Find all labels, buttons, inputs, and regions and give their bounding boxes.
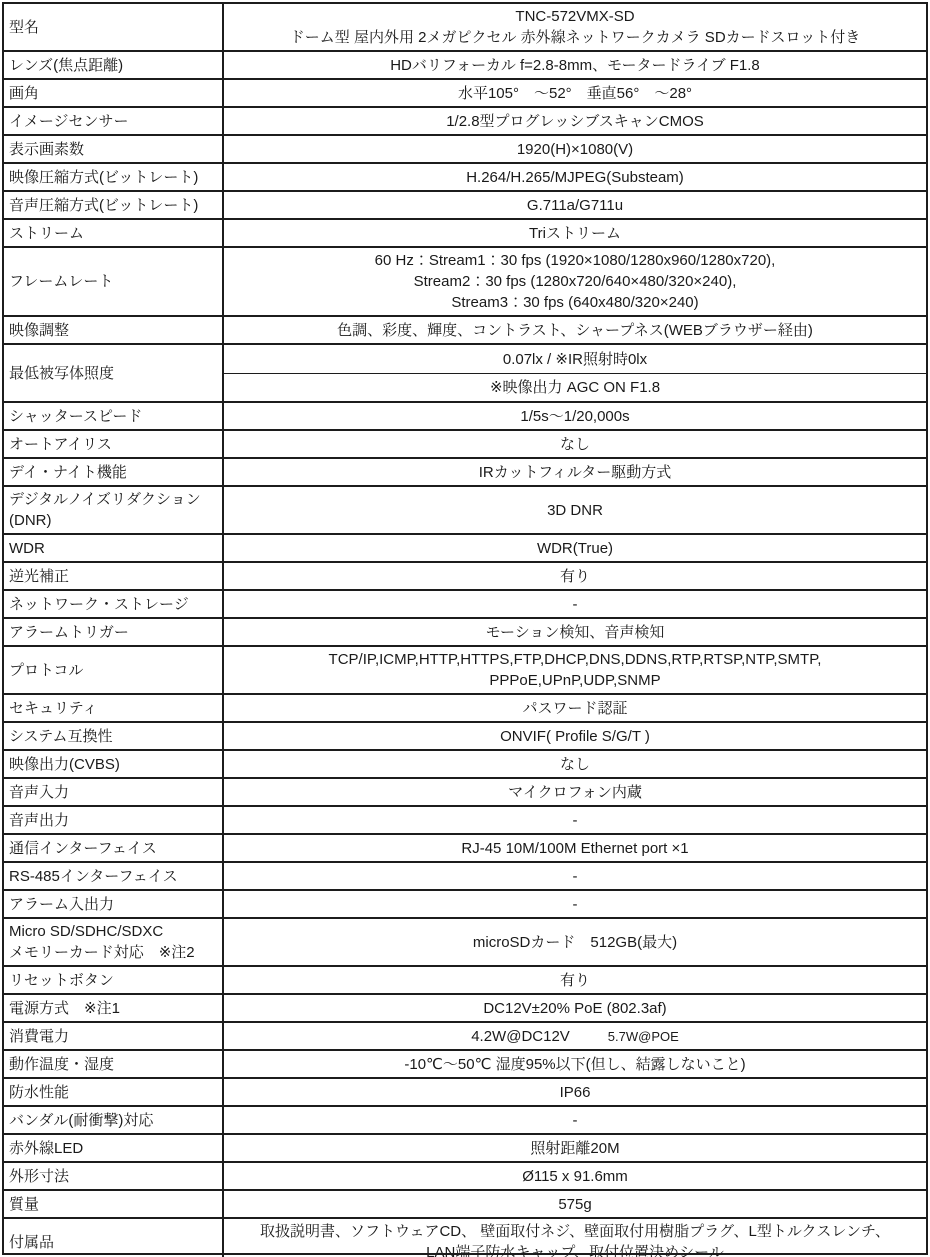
spec-value-text: -	[573, 894, 578, 915]
spec-subvalue-cell: 0.07lx / ※IR照射時0lx	[224, 345, 926, 373]
spec-value-text: 1920(H)×1080(V)	[517, 139, 633, 160]
spec-label-cell: シャッタースピード	[4, 403, 224, 429]
spec-subvalue-cell: ※映像出力 AGC ON F1.8	[224, 373, 926, 401]
spec-label-text: ストリーム	[9, 223, 84, 244]
spec-value-cell: Ø115 x 91.6mm	[224, 1163, 926, 1189]
spec-value-small: 5.7W@POE	[608, 1029, 679, 1044]
spec-value-cell: モーション検知、音声検知	[224, 619, 926, 645]
spec-label-text: 動作温度・湿度	[9, 1054, 114, 1075]
spec-value-cell: Triストリーム	[224, 220, 926, 246]
spec-label-text: メモリーカード対応 ※注2	[9, 942, 195, 963]
spec-label-cell: 音声入力	[4, 779, 224, 805]
spec-value-text: TCP/IP,ICMP,HTTP,HTTPS,FTP,DHCP,DNS,DDNS…	[329, 649, 822, 670]
table-row: デイ・ナイト機能 IRカットフィルター駆動方式	[4, 457, 926, 485]
table-row: 逆光補正 有り	[4, 561, 926, 589]
spec-value-cell: -	[224, 591, 926, 617]
spec-value-cell: IRカットフィルター駆動方式	[224, 459, 926, 485]
table-row: 映像圧縮方式(ビットレート) H.264/H.265/MJPEG(Substea…	[4, 162, 926, 190]
table-row: 音声出力 -	[4, 805, 926, 833]
spec-label-cell: 最低被写体照度	[4, 345, 224, 401]
spec-value-text: 575g	[558, 1194, 591, 1215]
spec-label-cell: 型名	[4, 4, 224, 50]
spec-value-cell: 水平105° ～52° 垂直56° ～28°	[224, 80, 926, 106]
table-row: 外形寸法 Ø115 x 91.6mm	[4, 1161, 926, 1189]
spec-value-cell: 1920(H)×1080(V)	[224, 136, 926, 162]
spec-value-cell: 60 Hz：Stream1：30 fps (1920×1080/1280x960…	[224, 248, 926, 315]
spec-value-text: RJ-45 10M/100M Ethernet port ×1	[461, 838, 688, 859]
spec-value-cell: -	[224, 891, 926, 917]
spec-value-text: PPPoE,UPnP,UDP,SNMP	[489, 670, 660, 691]
spec-label-text: Micro SD/SDHC/SDXC	[9, 921, 163, 942]
spec-value-text: Stream2：30 fps (1280x720/640×480/320×240…	[414, 271, 737, 292]
spec-label-text: デイ・ナイト機能	[9, 462, 127, 483]
spec-value-text: 照射距離20M	[530, 1138, 619, 1159]
spec-label-cell: イメージセンサー	[4, 108, 224, 134]
table-row: ストリーム Triストリーム	[4, 218, 926, 246]
spec-label-cell: 付属品	[4, 1219, 224, 1257]
spec-label-text: ネットワーク・ストレージ	[9, 594, 189, 615]
spec-value-text: ONVIF( Profile S/G/T )	[500, 726, 650, 747]
spec-value-cell: なし	[224, 431, 926, 457]
spec-label-text: 映像出力(CVBS)	[9, 754, 120, 775]
spec-label-cell: 電源方式 ※注1	[4, 995, 224, 1021]
spec-label-cell: 消費電力	[4, 1023, 224, 1049]
spec-value-cell: 照射距離20M	[224, 1135, 926, 1161]
table-row: 防水性能 IP66	[4, 1077, 926, 1105]
spec-label-text: 赤外線LED	[9, 1138, 83, 1159]
spec-value-text: 1/2.8型プログレッシブスキャンCMOS	[446, 111, 704, 132]
spec-label-text: バンダル(耐衝撃)対応	[9, 1110, 153, 1131]
spec-value-cell: IP66	[224, 1079, 926, 1105]
spec-value-text: モーション検知、音声検知	[486, 622, 665, 643]
spec-label-text: 防水性能	[9, 1082, 69, 1103]
table-row: Micro SD/SDHC/SDXCメモリーカード対応 ※注2 microSDカ…	[4, 917, 926, 965]
spec-label-cell: アラーム入出力	[4, 891, 224, 917]
spec-label-text: 画角	[9, 83, 39, 104]
spec-label-cell: 質量	[4, 1191, 224, 1217]
table-row: 映像出力(CVBS) なし	[4, 749, 926, 777]
spec-value-cell: DC12V±20% PoE (802.3af)	[224, 995, 926, 1021]
spec-label-cell: オートアイリス	[4, 431, 224, 457]
spec-label-text: アラームトリガー	[9, 622, 129, 643]
spec-value-text: ドーム型 屋内外用 2メガピクセル 赤外線ネットワークカメラ SDカードスロット…	[290, 27, 860, 48]
spec-label-text: アラーム入出力	[9, 894, 114, 915]
spec-value-text: 60 Hz：Stream1：30 fps (1920×1080/1280x960…	[375, 250, 776, 271]
spec-value-cell: 4.2W@DC12V5.7W@POE	[224, 1023, 926, 1049]
spec-value-text: Stream3：30 fps (640x480/320×240)	[451, 292, 698, 313]
spec-value-text: なし	[560, 754, 590, 775]
spec-value-cell: 1/5s～1/20,000s	[224, 403, 926, 429]
spec-label-text: RS-485インターフェイス	[9, 866, 178, 887]
spec-value-text: Ø115 x 91.6mm	[522, 1166, 628, 1187]
table-row: 音声入力 マイクロフォン内蔵	[4, 777, 926, 805]
spec-label-text: レンズ(焦点距離)	[9, 55, 123, 76]
spec-value-text: microSDカード 512GB(最大)	[473, 932, 677, 953]
table-row: 電源方式 ※注1 DC12V±20% PoE (802.3af)	[4, 993, 926, 1021]
spec-label-text: 音声圧縮方式(ビットレート)	[9, 195, 198, 216]
spec-table: 型名 TNC-572VMX-SDドーム型 屋内外用 2メガピクセル 赤外線ネット…	[2, 2, 928, 1255]
spec-label-text: 映像調整	[9, 320, 69, 341]
spec-label-cell: ストリーム	[4, 220, 224, 246]
spec-value-cell: G.711a/G711u	[224, 192, 926, 218]
spec-label-text: 電源方式 ※注1	[9, 998, 120, 1019]
spec-label-text: シャッタースピード	[9, 406, 142, 427]
spec-value-text: 有り	[560, 566, 590, 587]
spec-label-text: 表示画素数	[9, 139, 84, 160]
spec-value-cell: RJ-45 10M/100M Ethernet port ×1	[224, 835, 926, 861]
spec-value-cell: 575g	[224, 1191, 926, 1217]
table-row: バンダル(耐衝撃)対応 -	[4, 1105, 926, 1133]
spec-value-text: 水平105° ～52° 垂直56° ～28°	[458, 83, 692, 104]
spec-label-text: システム互換性	[9, 726, 113, 747]
spec-value-cell: -10℃～50℃ 湿度95%以下(但し、結露しないこと)	[224, 1051, 926, 1077]
spec-label-cell: 映像出力(CVBS)	[4, 751, 224, 777]
spec-label-cell: ネットワーク・ストレージ	[4, 591, 224, 617]
spec-value-text: パスワード認証	[522, 698, 627, 719]
spec-label-text: 通信インターフェイス	[9, 838, 157, 859]
spec-label-cell: 音声圧縮方式(ビットレート)	[4, 192, 224, 218]
table-row: アラームトリガー モーション検知、音声検知	[4, 617, 926, 645]
spec-value-text: -	[573, 1110, 578, 1131]
spec-sheet-page: 型名 TNC-572VMX-SDドーム型 屋内外用 2メガピクセル 赤外線ネット…	[0, 0, 930, 1257]
spec-label-text: プロトコル	[9, 660, 83, 681]
spec-value-text: 取扱説明書、ソフトウェアCD、 壁面取付ネジ、壁面取付用樹脂プラグ、L型トルクス…	[260, 1221, 890, 1242]
spec-value-cell: 有り	[224, 563, 926, 589]
table-row: 音声圧縮方式(ビットレート) G.711a/G711u	[4, 190, 926, 218]
spec-value-cell: TCP/IP,ICMP,HTTP,HTTPS,FTP,DHCP,DNS,DDNS…	[224, 647, 926, 693]
table-row: プロトコル TCP/IP,ICMP,HTTP,HTTPS,FTP,DHCP,DN…	[4, 645, 926, 693]
spec-value-text: 色調、彩度、輝度、コントラスト、シャープネス(WEBブラウザー経由)	[337, 320, 813, 341]
spec-value-text: 3D DNR	[547, 500, 603, 521]
table-row: アラーム入出力 -	[4, 889, 926, 917]
spec-value-text: 有り	[560, 970, 590, 991]
spec-label-text: 型名	[9, 17, 39, 38]
spec-value-text: IRカットフィルター駆動方式	[479, 462, 672, 483]
spec-value-text: Triストリーム	[529, 223, 621, 244]
table-row: RS-485インターフェイス -	[4, 861, 926, 889]
spec-label-text: デジタルノイズリダクション	[9, 489, 201, 510]
table-row: デジタルノイズリダクション(DNR) 3D DNR	[4, 485, 926, 533]
table-row: 映像調整 色調、彩度、輝度、コントラスト、シャープネス(WEBブラウザー経由)	[4, 315, 926, 343]
spec-label-text: 質量	[9, 1194, 39, 1215]
spec-label-text: 音声出力	[9, 810, 69, 831]
table-row: システム互換性 ONVIF( Profile S/G/T )	[4, 721, 926, 749]
spec-value-text: -	[573, 866, 578, 887]
spec-label-cell: セキュリティ	[4, 695, 224, 721]
spec-label-cell: 赤外線LED	[4, 1135, 224, 1161]
table-row: 質量 575g	[4, 1189, 926, 1217]
spec-label-cell: 映像圧縮方式(ビットレート)	[4, 164, 224, 190]
spec-label-cell: RS-485インターフェイス	[4, 863, 224, 889]
spec-label-cell: システム互換性	[4, 723, 224, 749]
spec-label-cell: Micro SD/SDHC/SDXCメモリーカード対応 ※注2	[4, 919, 224, 965]
spec-value-cell: ONVIF( Profile S/G/T )	[224, 723, 926, 749]
table-row: シャッタースピード 1/5s～1/20,000s	[4, 401, 926, 429]
spec-value-text: 0.07lx / ※IR照射時0lx	[503, 349, 647, 370]
spec-label-text: イメージセンサー	[9, 111, 129, 132]
table-row: セキュリティ パスワード認証	[4, 693, 926, 721]
spec-label-text: WDR	[9, 538, 45, 559]
spec-label-cell: フレームレート	[4, 248, 224, 315]
spec-label-text: オートアイリス	[9, 434, 112, 455]
spec-value-cell: microSDカード 512GB(最大)	[224, 919, 926, 965]
spec-value-cell: 取扱説明書、ソフトウェアCD、 壁面取付ネジ、壁面取付用樹脂プラグ、L型トルクス…	[224, 1219, 926, 1257]
spec-label-cell: プロトコル	[4, 647, 224, 693]
spec-label-text: 外形寸法	[9, 1166, 69, 1187]
spec-label-text: 逆光補正	[9, 566, 69, 587]
spec-label-text: フレームレート	[9, 271, 113, 292]
table-row: イメージセンサー 1/2.8型プログレッシブスキャンCMOS	[4, 106, 926, 134]
spec-label-text: 最低被写体照度	[9, 363, 114, 384]
spec-value-text: -	[573, 810, 578, 831]
spec-value-text: -	[573, 594, 578, 615]
spec-label-cell: 表示画素数	[4, 136, 224, 162]
spec-label-cell: 映像調整	[4, 317, 224, 343]
spec-value-text: H.264/H.265/MJPEG(Substeam)	[466, 167, 684, 188]
table-row: 最低被写体照度 0.07lx / ※IR照射時0lx※映像出力 AGC ON F…	[4, 343, 926, 401]
spec-value-text: -10℃～50℃ 湿度95%以下(但し、結露しないこと)	[404, 1054, 745, 1075]
spec-value-cell: 0.07lx / ※IR照射時0lx※映像出力 AGC ON F1.8	[224, 345, 926, 401]
spec-label-text: セキュリティ	[9, 698, 98, 719]
spec-value-text: 1/5s～1/20,000s	[520, 406, 629, 427]
spec-label-cell: 通信インターフェイス	[4, 835, 224, 861]
spec-label-cell: 動作温度・湿度	[4, 1051, 224, 1077]
table-row: レンズ(焦点距離) HDバリフォーカル f=2.8-8mm、モータードライブ F…	[4, 50, 926, 78]
spec-value-cell: -	[224, 1107, 926, 1133]
spec-label-text: 音声入力	[9, 782, 69, 803]
spec-value-cell: パスワード認証	[224, 695, 926, 721]
spec-label-text: リセットボタン	[9, 970, 114, 991]
spec-value-text: HDバリフォーカル f=2.8-8mm、モータードライブ F1.8	[390, 55, 760, 76]
spec-label-cell: リセットボタン	[4, 967, 224, 993]
spec-label-cell: アラームトリガー	[4, 619, 224, 645]
spec-label-cell: デジタルノイズリダクション(DNR)	[4, 487, 224, 533]
spec-value-text: WDR(True)	[537, 538, 613, 559]
table-row: 消費電力 4.2W@DC12V5.7W@POE	[4, 1021, 926, 1049]
spec-value-cell: 有り	[224, 967, 926, 993]
spec-value-cell: なし	[224, 751, 926, 777]
table-row: 動作温度・湿度 -10℃～50℃ 湿度95%以下(但し、結露しないこと)	[4, 1049, 926, 1077]
spec-value-cell: 色調、彩度、輝度、コントラスト、シャープネス(WEBブラウザー経由)	[224, 317, 926, 343]
spec-label-cell: 外形寸法	[4, 1163, 224, 1189]
spec-label-cell: バンダル(耐衝撃)対応	[4, 1107, 224, 1133]
spec-label-text: 付属品	[9, 1232, 54, 1253]
spec-value-text: G.711a/G711u	[527, 195, 623, 216]
table-row: WDR WDR(True)	[4, 533, 926, 561]
table-row: 通信インターフェイス RJ-45 10M/100M Ethernet port …	[4, 833, 926, 861]
spec-value-main: 4.2W@DC12V	[471, 1028, 570, 1045]
spec-value-text: マイクロフォン内蔵	[508, 782, 642, 803]
table-row: 画角 水平105° ～52° 垂直56° ～28°	[4, 78, 926, 106]
spec-label-cell: 防水性能	[4, 1079, 224, 1105]
spec-value-cell: 1/2.8型プログレッシブスキャンCMOS	[224, 108, 926, 134]
table-row: リセットボタン 有り	[4, 965, 926, 993]
spec-value-cell: 3D DNR	[224, 487, 926, 533]
spec-value-text: IP66	[560, 1082, 591, 1103]
spec-label-text: 映像圧縮方式(ビットレート)	[9, 167, 198, 188]
spec-label-cell: 逆光補正	[4, 563, 224, 589]
table-row: 付属品 取扱説明書、ソフトウェアCD、 壁面取付ネジ、壁面取付用樹脂プラグ、L型…	[4, 1217, 926, 1257]
spec-label-cell: デイ・ナイト機能	[4, 459, 224, 485]
spec-value-text: TNC-572VMX-SD	[515, 6, 634, 27]
spec-value-cell: -	[224, 863, 926, 889]
spec-value-text: ※映像出力 AGC ON F1.8	[490, 377, 660, 398]
spec-label-cell: レンズ(焦点距離)	[4, 52, 224, 78]
spec-value-cell: HDバリフォーカル f=2.8-8mm、モータードライブ F1.8	[224, 52, 926, 78]
table-row: フレームレート 60 Hz：Stream1：30 fps (1920×1080/…	[4, 246, 926, 315]
spec-value-cell: -	[224, 807, 926, 833]
spec-value-cell: マイクロフォン内蔵	[224, 779, 926, 805]
spec-label-cell: 画角	[4, 80, 224, 106]
spec-value-text: DC12V±20% PoE (802.3af)	[483, 998, 666, 1019]
spec-value-text: なし	[560, 434, 590, 455]
table-row: ネットワーク・ストレージ -	[4, 589, 926, 617]
spec-value-text: 4.2W@DC12V5.7W@POE	[471, 1026, 679, 1047]
spec-value-cell: TNC-572VMX-SDドーム型 屋内外用 2メガピクセル 赤外線ネットワーク…	[224, 4, 926, 50]
spec-value-cell: WDR(True)	[224, 535, 926, 561]
table-row: 赤外線LED 照射距離20M	[4, 1133, 926, 1161]
spec-label-text: 消費電力	[9, 1026, 69, 1047]
spec-label-cell: 音声出力	[4, 807, 224, 833]
spec-value-text: LAN端子防水キャップ、取付位置決めシール	[426, 1242, 724, 1257]
table-row: 型名 TNC-572VMX-SDドーム型 屋内外用 2メガピクセル 赤外線ネット…	[4, 4, 926, 50]
spec-label-cell: WDR	[4, 535, 224, 561]
table-row: オートアイリス なし	[4, 429, 926, 457]
table-row: 表示画素数 1920(H)×1080(V)	[4, 134, 926, 162]
spec-value-cell: H.264/H.265/MJPEG(Substeam)	[224, 164, 926, 190]
spec-label-text: (DNR)	[9, 510, 52, 531]
